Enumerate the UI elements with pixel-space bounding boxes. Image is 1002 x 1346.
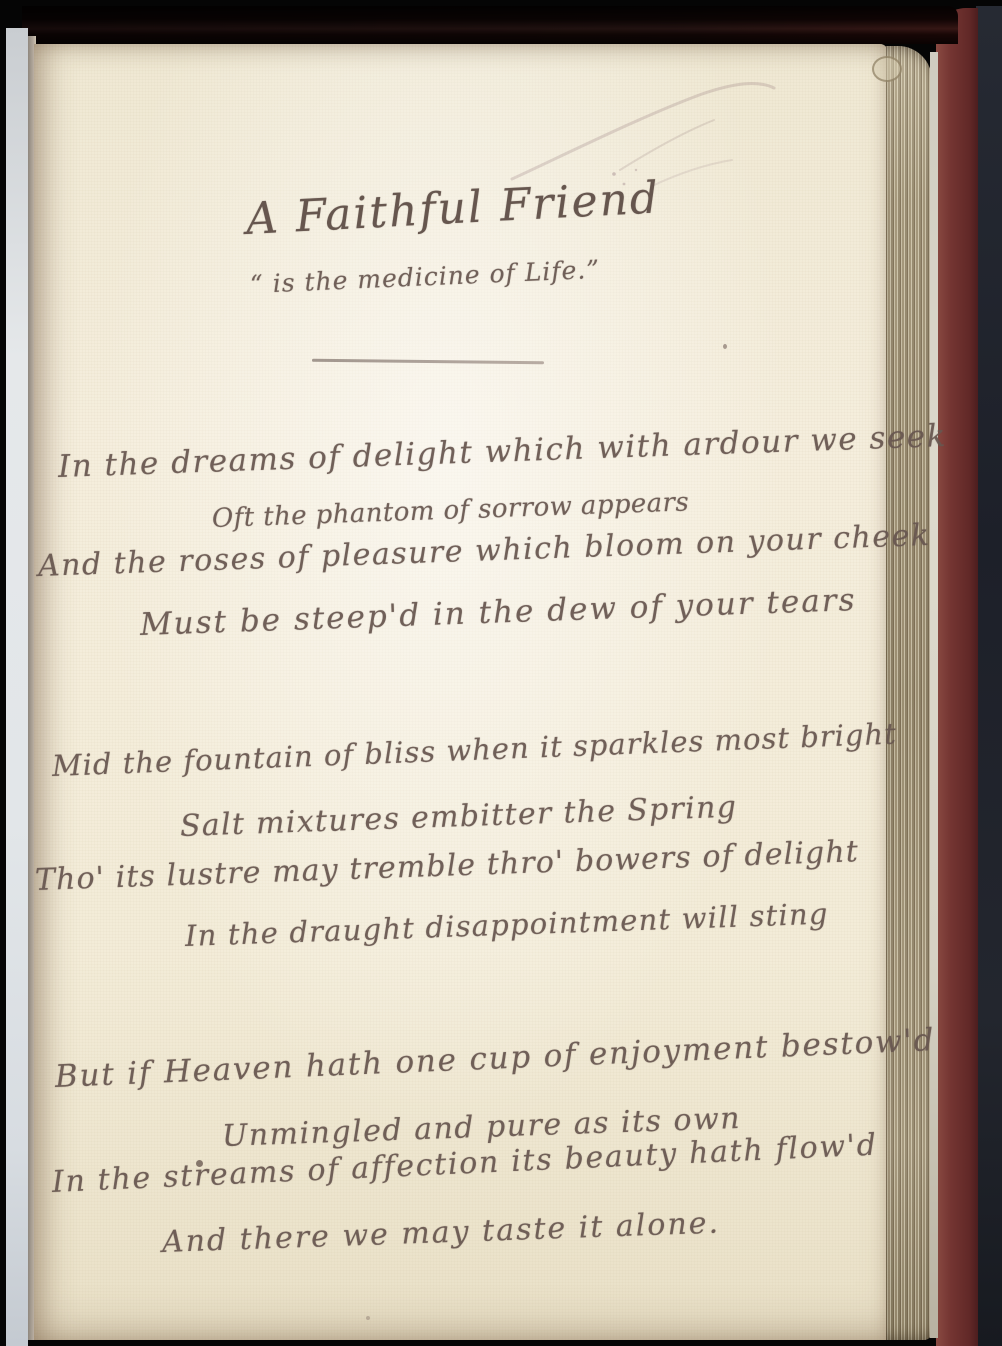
manuscript-book-photo: A Faithful Friend “ is the medicine of L… xyxy=(0,0,1002,1346)
ink-speck xyxy=(366,1316,370,1320)
page-edges-highlight xyxy=(930,52,938,1338)
ink-speck xyxy=(723,344,727,349)
facing-page-edge xyxy=(6,28,28,1346)
ink-speck xyxy=(196,1160,203,1167)
page-corner-curl xyxy=(872,56,902,82)
background-shadow-right xyxy=(976,6,1002,1346)
book-cover-top-edge xyxy=(22,6,958,44)
book-cover-right-edge xyxy=(936,8,978,1346)
page-edges-stack xyxy=(886,46,932,1340)
